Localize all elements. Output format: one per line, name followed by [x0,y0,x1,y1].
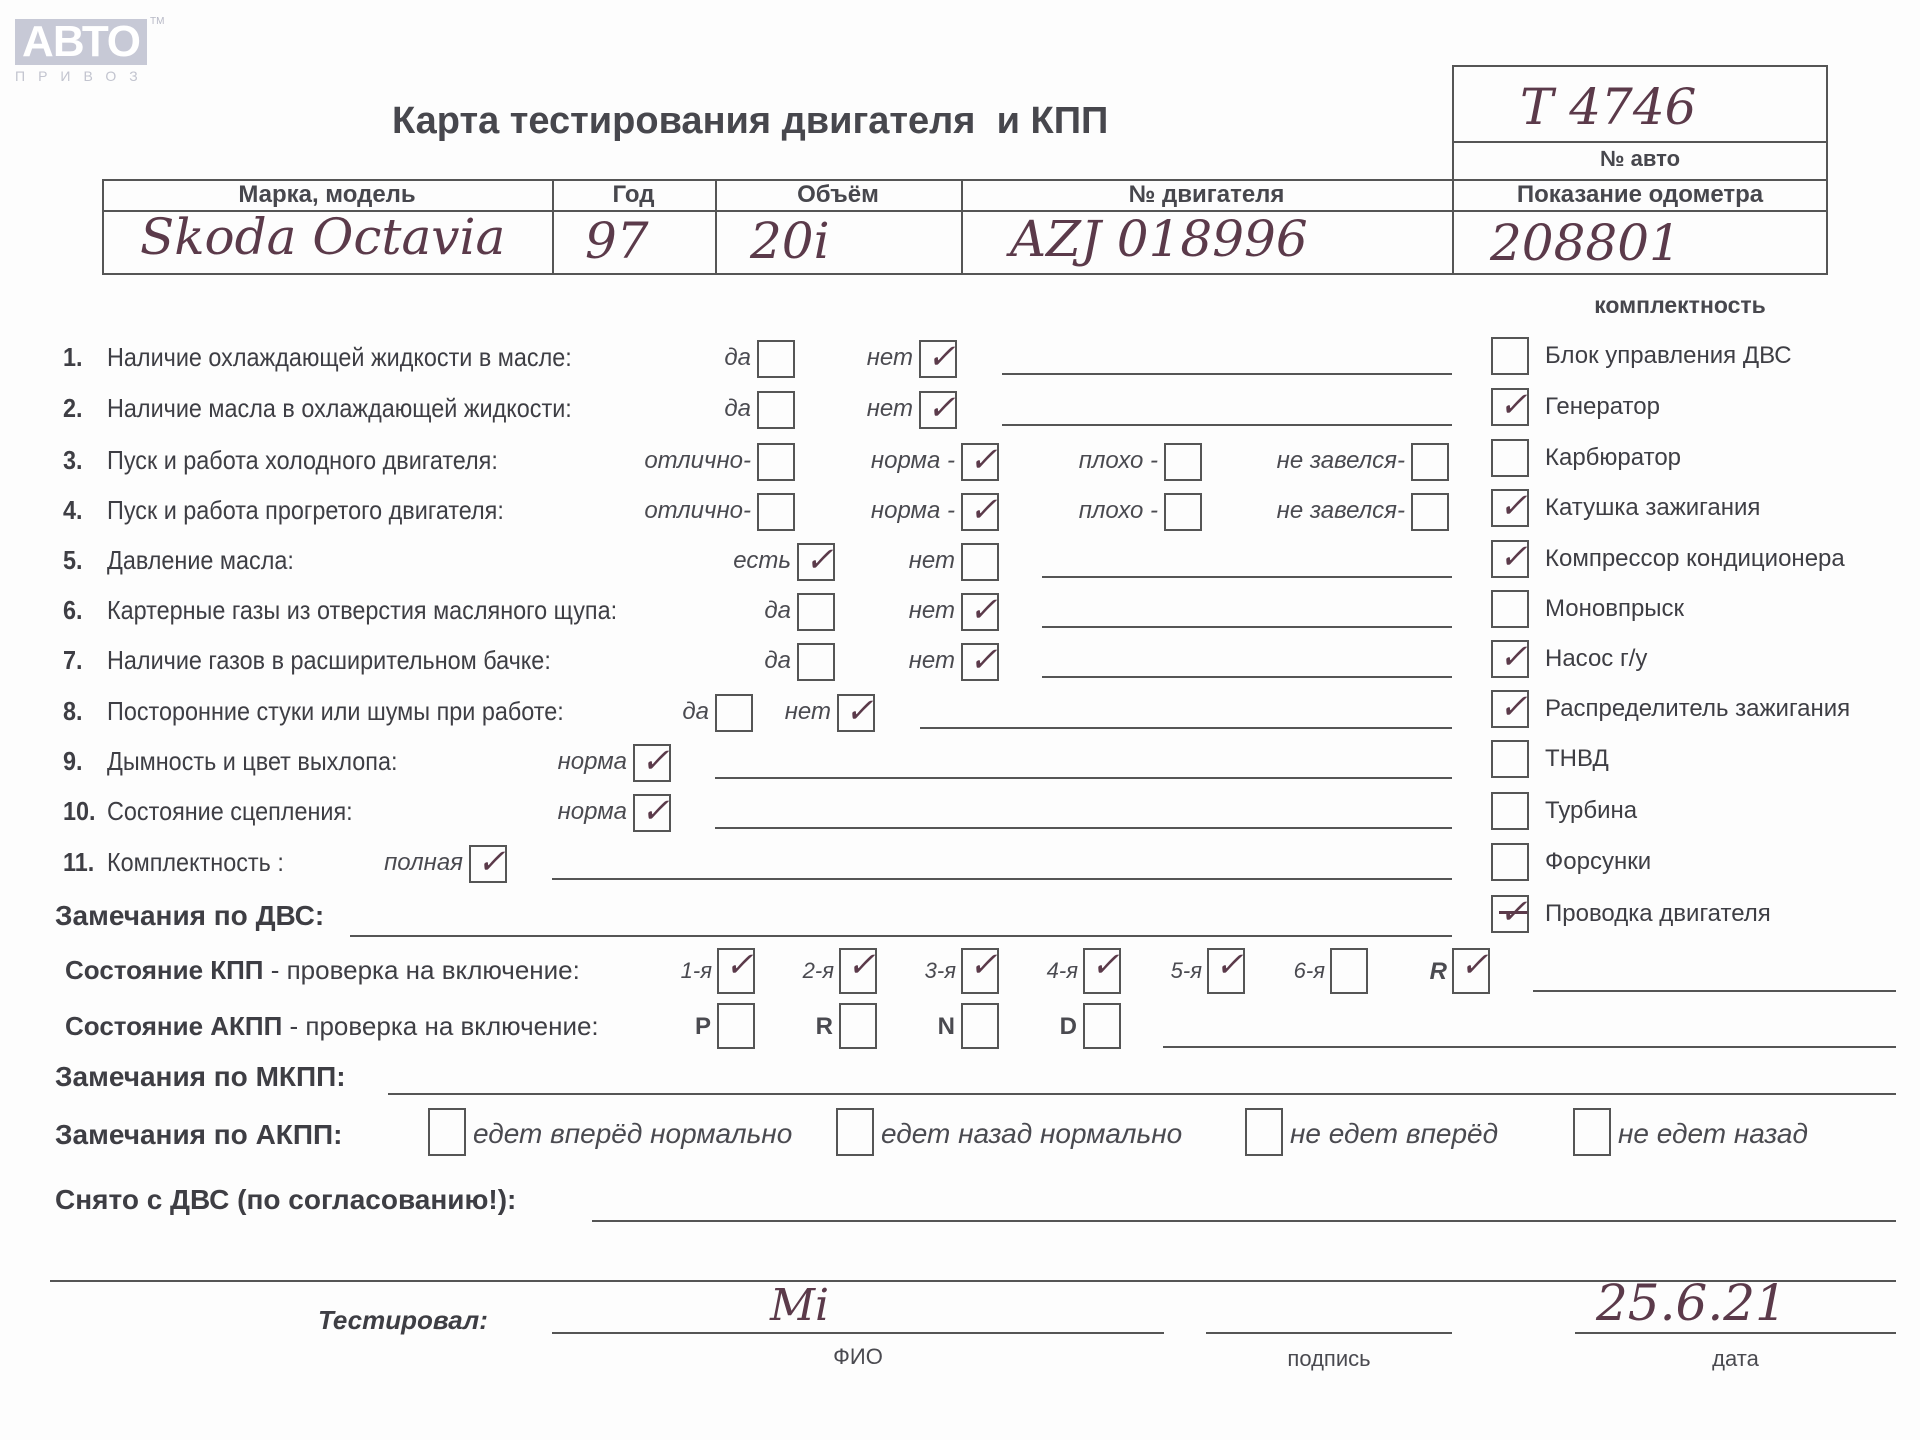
akpp-label: Состояние АКПП - проверка на включение: [65,1011,599,1042]
completeness-item-label: Компрессор кондиционера [1545,545,1845,573]
question-text: Наличие масла в охлаждающей жидкости: [107,393,572,424]
question-text: Состояние сцепления: [107,796,353,827]
date-value[interactable]: 25.6.21 [1596,1274,1787,1332]
signature-field[interactable] [1206,1332,1452,1334]
option-label: не завелся- [1231,497,1405,525]
check-mark-icon: ✓ [641,794,670,828]
akpp-mode-checkbox-4[interactable] [1083,1003,1121,1049]
question-number: 5. [63,545,83,576]
checkbox-q6-opt2[interactable]: ✓ [961,593,999,631]
completeness-item-label: ТНВД [1545,745,1609,773]
option-label: отлично- [577,497,751,525]
check-mark-icon: ✓ [1460,948,1489,982]
question-6-notes-field[interactable] [1042,626,1452,628]
tested-by-label: Тестировал: [318,1305,488,1336]
volume-value[interactable]: 20i [750,212,830,270]
engine-number-value[interactable]: AZJ 018996 [1010,210,1308,268]
question-2-notes-field[interactable] [1002,424,1452,426]
option-label: норма [453,798,627,826]
akpp-mode-label: N [901,1013,955,1041]
logo: АВТО [15,16,147,68]
akpp-mode-checkbox-1[interactable] [717,1003,755,1049]
check-mark-icon: ✓ [969,643,998,677]
completeness-item-label: Насос г/у [1545,645,1647,673]
akpp-mode-checkbox-2[interactable] [839,1003,877,1049]
question-number: 8. [63,696,83,727]
akpp-mode-label: R [779,1013,833,1041]
check-mark-icon: ✓ [1499,895,1528,929]
completeness-item-label: Карбюратор [1545,444,1681,472]
option-label: норма - [781,497,955,525]
akpp-mode-label: P [657,1013,711,1041]
question-text: Наличие охлаждающей жидкости в масле: [107,342,572,373]
completeness-item-label: Турбина [1545,797,1637,825]
kpp-remarks-field[interactable] [1533,990,1896,992]
divider [1452,65,1828,67]
date-field[interactable] [1575,1332,1896,1334]
engine-remarks-label: Замечания по ДВС: [55,900,324,932]
check-mark-icon: ✓ [1499,388,1528,422]
option-label: нет [781,597,955,625]
check-mark-icon: ✓ [845,694,874,728]
year-value[interactable]: 97 [585,212,649,270]
gear-label: 5-я [1122,958,1202,984]
engine-remarks-field[interactable] [350,935,1452,937]
akpp-remark-checkbox-4[interactable] [1573,1108,1611,1156]
akpp-mode-checkbox-3[interactable] [961,1003,999,1049]
akpp-remark-checkbox-3[interactable] [1245,1108,1283,1156]
logo-trademark: TM [150,16,164,27]
question-number: 1. [63,342,83,373]
gear-checkbox-6[interactable] [1330,948,1368,994]
question-number: 7. [63,645,83,676]
page-title: Карта тестирования двигателя и КПП [392,100,1108,143]
completeness-checkbox-9[interactable] [1491,740,1529,778]
check-mark-icon: ✓ [1091,948,1120,982]
check-mark-icon: ✓ [1499,640,1528,674]
question-text: Пуск и работа прогретого двигателя: [107,495,504,526]
question-5-notes-field[interactable] [1042,576,1452,578]
fio-field[interactable] [552,1332,1164,1334]
question-10-notes-field[interactable] [715,827,1452,829]
option-label: нет [739,344,913,372]
checkbox-q7-opt2[interactable]: ✓ [961,643,999,681]
option-label: есть [617,547,791,575]
option-label: плохо - [984,447,1158,475]
kpp-label: Состояние КПП - проверка на включение: [65,955,580,986]
question-number: 6. [63,595,83,626]
fio-value[interactable]: Mi [770,1280,829,1331]
akpp-check-remarks-field[interactable] [1163,1046,1896,1048]
odometer-value[interactable]: 208801 [1490,214,1681,272]
check-mark-icon: ✓ [927,340,956,374]
completeness-checkbox-6[interactable] [1491,590,1529,628]
akpp-remark-checkbox-2[interactable] [836,1108,874,1156]
question-1-notes-field[interactable] [1002,373,1452,375]
check-mark-icon: ✓ [847,948,876,982]
column-header-engine-number: № двигателя [961,181,1452,209]
akpp-remark-label: едет вперёд нормально [473,1118,792,1150]
option-label: норма - [781,447,955,475]
check-mark-icon: ✓ [477,845,506,879]
akpp-remark-label: едет назад нормально [881,1118,1182,1150]
gear-checkbox-5[interactable]: ✓ [1207,948,1245,994]
auto-number-label: № авто [1452,146,1828,172]
check-mark-icon: ✓ [725,948,754,982]
question-11-notes-field[interactable] [552,878,1452,880]
checkbox-q4-opt4[interactable] [1411,493,1449,531]
checkbox-q5-opt2[interactable] [961,543,999,581]
mkpp-remarks-field[interactable] [388,1093,1896,1095]
question-text: Давление масла: [107,545,294,576]
completeness-checkbox-10[interactable] [1491,792,1529,830]
check-mark-icon: ✓ [969,593,998,627]
logo-subtitle: ПРИВОЗ [15,68,151,84]
check-mark-icon: ✓ [1499,540,1528,574]
gear-label: R [1367,958,1447,986]
gear-checkbox-2[interactable]: ✓ [839,948,877,994]
completeness-checkbox-5[interactable]: ✓ [1491,540,1529,578]
checkbox-q3-opt4[interactable] [1411,443,1449,481]
make-model-value[interactable]: Skoda Octavia [140,208,505,266]
auto-number-value[interactable]: T 4746 [1520,78,1697,136]
checkbox-q10-opt1[interactable]: ✓ [633,794,671,832]
question-text: Картерные газы из отверстия масляного щу… [107,595,617,626]
gear-checkbox-1[interactable]: ✓ [717,948,755,994]
gear-label: 1-я [632,958,712,984]
completeness-checkbox-12[interactable]: ✓ [1491,895,1529,933]
akpp-remark-checkbox-1[interactable] [428,1108,466,1156]
check-mark-icon: ✓ [1499,690,1528,724]
checkbox-q2-opt2[interactable]: ✓ [919,391,957,429]
completeness-checkbox-4[interactable]: ✓ [1491,489,1529,527]
divider [1452,141,1828,143]
option-label: плохо - [984,497,1158,525]
question-number: 4. [63,495,83,526]
question-text: Наличие газов в расширительном бачке: [107,645,551,676]
gear-label: 4-я [998,958,1078,984]
completeness-item-label: Катушка зажигания [1545,494,1760,522]
checkbox-q11-opt1[interactable]: ✓ [469,845,507,883]
option-label: отлично- [577,447,751,475]
question-number: 3. [63,445,83,476]
completeness-checkbox-8[interactable]: ✓ [1491,690,1529,728]
checkbox-q3-opt3[interactable] [1164,443,1202,481]
signature-label: подпись [1206,1346,1452,1372]
question-9-notes-field[interactable] [715,777,1452,779]
column-header-make-model: Марка, модель [102,181,552,209]
akpp-mode-label: D [1023,1013,1077,1041]
akpp-remark-label: не едет назад [1618,1118,1808,1150]
checkbox-q8-opt2[interactable]: ✓ [837,694,875,732]
option-label: нет [739,395,913,423]
option-label: полная [289,849,463,877]
option-label: не завелся- [1231,447,1405,475]
question-7-notes-field[interactable] [1042,676,1452,678]
check-mark-icon: ✓ [641,744,670,778]
option-label: да [617,647,791,675]
question-text: Посторонние стуки или шумы при работе: [107,696,564,727]
option-label: норма [453,748,627,776]
question-number: 11. [63,847,94,878]
question-text: Дымность и цвет выхлопа: [107,746,397,777]
gear-checkbox-7[interactable]: ✓ [1452,948,1490,994]
removed-field[interactable] [592,1220,1896,1222]
gear-label: 3-я [876,958,956,984]
checkbox-q1-opt2[interactable]: ✓ [919,340,957,378]
column-header-odometer: Показание одометра [1452,181,1828,209]
check-mark-icon: ✓ [1215,948,1244,982]
option-label: да [577,344,751,372]
mkpp-remarks-label: Замечания по МКПП: [55,1061,346,1093]
question-number: 9. [63,746,83,777]
removed-label: Снято с ДВС (по согласованию!): [55,1184,516,1216]
completeness-item-label: Моновпрыск [1545,595,1684,623]
option-label: да [617,597,791,625]
gear-label: 2-я [754,958,834,984]
check-mark-icon: ✓ [1499,489,1528,523]
fio-label: ФИО [552,1344,1164,1370]
question-text: Пуск и работа холодного двигателя: [107,445,498,476]
completeness-checkbox-1[interactable] [1491,337,1529,375]
option-label: да [577,395,751,423]
option-label: нет [781,647,955,675]
checkbox-q9-opt1[interactable]: ✓ [633,744,671,782]
completeness-title: комплектность [1540,292,1820,319]
completeness-item-label: Проводка двигателя [1545,900,1771,928]
completeness-item-label: Блок управления ДВС [1545,342,1792,370]
question-number: 2. [63,393,83,424]
completeness-checkbox-3[interactable] [1491,439,1529,477]
akpp-remark-label: не едет вперёд [1290,1118,1498,1150]
question-text: Комплектность : [107,847,284,878]
column-header-year: Год [552,181,715,209]
completeness-item-label: Форсунки [1545,848,1651,876]
completeness-checkbox-7[interactable]: ✓ [1491,640,1529,678]
completeness-checkbox-2[interactable]: ✓ [1491,388,1529,426]
completeness-item-label: Распределитель зажигания [1545,695,1850,723]
gear-label: 6-я [1245,958,1325,984]
gear-checkbox-4[interactable]: ✓ [1083,948,1121,994]
completeness-item-label: Генератор [1545,393,1660,421]
gear-checkbox-3[interactable]: ✓ [961,948,999,994]
question-8-notes-field[interactable] [920,727,1452,729]
completeness-checkbox-11[interactable] [1491,843,1529,881]
divider [102,273,1828,275]
check-mark-icon: ✓ [927,391,956,425]
option-label: нет [781,547,955,575]
question-number: 10. [63,796,96,827]
akpp-remarks-label: Замечания по АКПП: [55,1119,342,1151]
option-label: нет [657,698,831,726]
date-label: дата [1575,1346,1896,1372]
column-header-volume: Объём [715,181,961,209]
checkbox-q4-opt3[interactable] [1164,493,1202,531]
check-mark-icon: ✓ [969,948,998,982]
